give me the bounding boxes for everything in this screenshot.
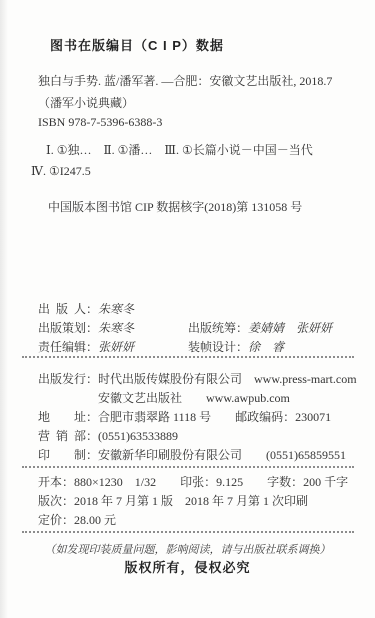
cip-isbn: ISBN 978-7-5396-6388-3 (38, 114, 162, 130)
field-label: 地址 (38, 409, 86, 425)
staff-row: 责任编辑：张妍妍 装帧设计：徐 睿 (38, 339, 365, 355)
field-value: 徐 睿 (248, 339, 284, 355)
specs-row: 定价：28.00 元 (38, 512, 365, 528)
publishing-row: 营销部：(0551)63533889 (38, 428, 365, 444)
dotted-divider (22, 531, 354, 533)
field-value: 2018 年 7 月第 1 版 2018 年 7 月第 1 次印刷 (74, 493, 308, 509)
field-value: 880×1230 1/32 印张：9.125 字数：200 千字 (74, 474, 348, 490)
copyright-statement: 版权所有，侵权必究 (0, 560, 375, 576)
staff-row: 出版人：朱寒冬 (38, 301, 365, 317)
specs-row: 版次：2018 年 7 月第 1 版 2018 年 7 月第 1 次印刷 (38, 493, 365, 509)
field-label: 开本 (38, 474, 62, 490)
cip-record-number: 中国版本图书馆 CIP 数据核字(2018)第 131058 号 (48, 199, 302, 215)
scan-edge-shadow (0, 0, 8, 618)
field-value: 时代出版传媒股份有限公司 www.press-mart.com (98, 371, 357, 387)
field-label: 出版发行 (38, 371, 86, 387)
field-value: 朱寒冬 (98, 320, 134, 336)
cip-classification-line2: Ⅳ. ①I247.5 (31, 163, 91, 179)
field-label: 出版统筹 (188, 320, 236, 336)
publishing-row: 安徽文艺出版社 www.awpub.com (38, 390, 365, 406)
field-value: 合肥市翡翠路 1118 号 邮政编码：230071 (98, 409, 331, 425)
field-label: 营销部 (38, 428, 86, 444)
copyright-page: 图书在版编目（C I P）数据 独白与手势. 蓝/潘军著. —合肥：安徽文艺出版… (0, 0, 375, 618)
field-label: 版次 (38, 493, 62, 509)
specs-row: 开本：880×1230 1/32 印张：9.125 字数：200 千字 (38, 474, 365, 490)
cip-header: 图书在版编目（C I P）数据 (50, 38, 224, 54)
field-label: 责任编辑 (38, 339, 86, 355)
label-colon: ： (236, 339, 248, 355)
field-label: 出版策划 (38, 320, 86, 336)
field-value: 朱寒冬 (98, 301, 134, 317)
label-colon: ： (86, 409, 98, 425)
field-value: (0551)63533889 (98, 428, 178, 444)
label-colon: ： (86, 428, 98, 444)
cip-series: （潘军小说典藏） (38, 95, 134, 111)
label-colon: ： (86, 301, 98, 317)
cip-entry: 独白与手势. 蓝/潘军著. —合肥：安徽文艺出版社, 2018.7 (38, 73, 332, 89)
dotted-divider (22, 356, 354, 358)
cip-classification-line1: Ⅰ. ①独… Ⅱ. ①潘… Ⅲ. ①长篇小说－中国－当代 (46, 142, 313, 158)
field-value: 安徽新华印刷股份有限公司 (0551)65859551 (98, 447, 346, 463)
label-colon: ： (62, 474, 74, 490)
label-colon: ： (236, 320, 248, 336)
label-colon: ： (86, 371, 98, 387)
field-value: 安徽文艺出版社 www.awpub.com (98, 390, 290, 406)
field-value: 姜婧婧 张妍妍 (248, 320, 332, 336)
staff-row: 出版策划：朱寒冬 出版统筹：姜婧婧 张妍妍 (38, 320, 365, 336)
quality-notice: （如发现印装质量问题，影响阅读，请与出版社联系调换） (0, 542, 375, 558)
publishing-row: 印制：安徽新华印刷股份有限公司 (0551)65859551 (38, 447, 365, 463)
label-colon: ： (62, 493, 74, 509)
field-label: 装帧设计 (188, 339, 236, 355)
label-colon: ： (62, 512, 74, 528)
label-colon: ： (86, 339, 98, 355)
field-label: 印制 (38, 447, 86, 463)
dotted-divider (22, 466, 354, 468)
field-label: 定价 (38, 512, 62, 528)
publishing-row: 出版发行：时代出版传媒股份有限公司 www.press-mart.com (38, 371, 365, 387)
field-value: 张妍妍 (98, 339, 134, 355)
publishing-row: 地址：合肥市翡翠路 1118 号 邮政编码：230071 (38, 409, 365, 425)
field-value: 28.00 元 (74, 512, 116, 528)
field-label: 出版人 (38, 301, 86, 317)
label-colon: ： (86, 447, 98, 463)
label-colon: ： (86, 320, 98, 336)
